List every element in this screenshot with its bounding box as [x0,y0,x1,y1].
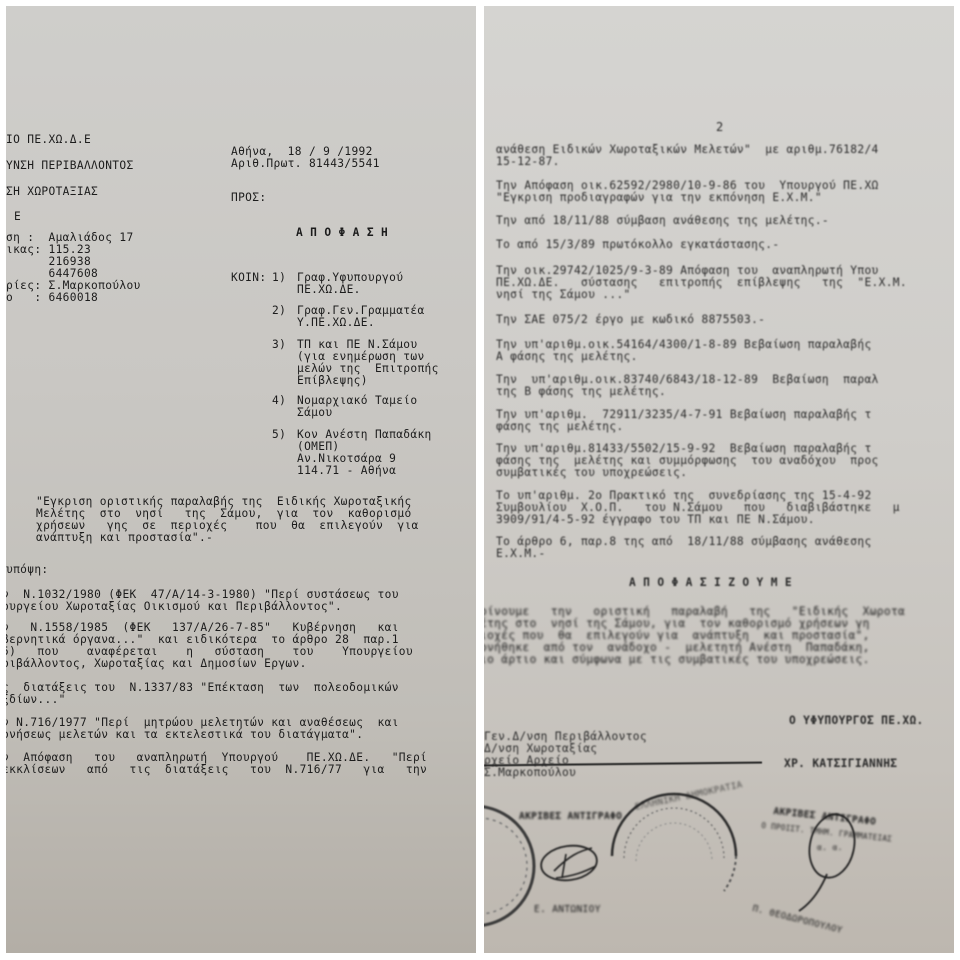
consideration-line: εκκλίσεων από τις διατάξεις του N.716/77… [6,764,427,777]
sender-line: Ε [14,211,21,224]
recipient-line: Επίβλεψης) [297,375,368,388]
sender-line: ΙΟ ΠΕ.ΧΩ.Δ.Ε [6,134,91,147]
signature-left-icon [539,842,599,883]
to-label: ΠΡΟΣ: [231,192,266,205]
protocol-number: Αριθ.Πρωτ. 81443/5541 [231,158,380,171]
recipient-number: 5) [272,429,286,442]
subject-line: ανάπτυξη και προστασία".- [36,532,213,545]
sender-line: ΥΝΣΗ ΠΕΡΙΒΑΛΛΟΝΤΟΣ [6,160,134,173]
contact-fax: ο : 6460018 [6,292,98,305]
sender-line: ΣΗ ΧΩΡΟΤΑΞΙΑΣ [6,186,98,199]
consideration-line: ριβάλλοντος, Χωροταξίας και Δημοσίων Εργ… [6,658,307,671]
recipient-line: 114.71 - Αθήνα [297,465,396,478]
left-seal-icon [484,806,534,926]
document-page-1: ΙΟ ΠΕ.ΧΩ.Δ.Ε ΥΝΣΗ ΠΕΡΙΒΑΛΛΟΝΤΟΣ ΣΗ ΧΩΡΟΤ… [6,6,476,953]
recipient-line: Υ.ΠΕ.ΧΩ.ΔΕ. [297,317,375,330]
recipient-number: 4) [272,395,286,408]
recipient-number: 1) [272,272,286,285]
recipient-line: Σάμου [297,407,332,420]
recipient-number: 2) [272,305,286,318]
document-title: Α Π Ο Φ Α Σ Η [296,227,388,240]
certification-right-sub2: α. α. [817,842,843,855]
consideration-line: ουργείου Χωροταξίας Οικισμού και Περιβάλ… [6,601,342,614]
certification-left: ΑΚΡΙΒΕΣ ΑΝΤΙΓΡΑΦΟ [519,811,622,824]
document-page-2: 2 ανάθεση Ειδικών Χωροταξικών Μελετών" μ… [484,6,954,953]
recipient-line: ΠΕ.ΧΩ.ΔΕ. [297,284,361,297]
certifier-left-name: Ε. ΑΝΤΩΝΙΟΥ [534,904,601,917]
recipient-number: 3) [272,339,286,352]
consideration-line: ονήσεως μελετών και τα εκτελεστικά του δ… [6,729,363,742]
consideration-line: ξδίων..." [6,694,66,707]
official-seal-icon [612,794,736,891]
considering-label: υπόψη: [6,564,49,577]
recipients-label: ΚΟΙΝ: [231,272,266,285]
